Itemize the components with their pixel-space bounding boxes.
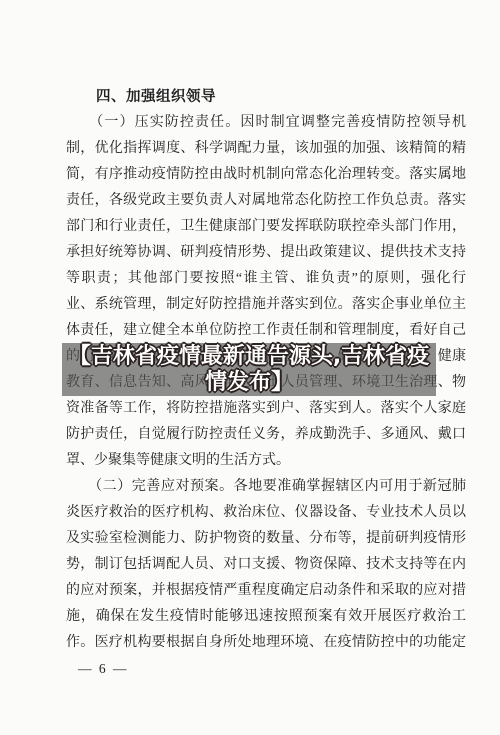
document-line: 的应对预案，并根据疫情严重程度确定启动条件和采取的应对措 (66, 578, 466, 604)
document-line: 防护责任，自觉履行防控责任义务，养成勤洗手、多通风、戴口 (66, 422, 466, 448)
document-line: 制，优化指挥调度、科学调配力量，该加强的加强、该精简的精 (66, 136, 466, 162)
document-line: （二）完善应对预案。各地要准确掌握辖区内可用于新冠肺 (66, 474, 466, 500)
document-page: 四、加强组织领导 （一）压实防控责任。因时制宜调整完善疫情防控领导机制，优化指挥… (0, 0, 500, 735)
document-line: 罩、少聚集等健康文明的生活方式。 (66, 448, 466, 474)
section-heading: 四、加强组织领导 (66, 84, 466, 110)
document-line: 施，确保在发生疫情时能够迅速按照预案有效开展医疗救治工 (66, 604, 466, 630)
document-line: 承担好统筹协调、研判疫情形势、提出政策建议、提供技术支持 (66, 240, 466, 266)
document-line: 势，制订包括调配人员、对口支援、物资保障、技术支持等在内 (66, 552, 466, 578)
caption-line-2: 情发布】 (205, 370, 293, 396)
document-line: 等职责；其他部门要按照“谁主管、谁负责”的原则，强化行 (66, 266, 466, 292)
document-line: 简，有序推动疫情防控由战时机制向常态化治理转变。落实属地 (66, 162, 466, 188)
caption-line-1: 【吉林省疫情最新通告源头,吉林省疫 (69, 344, 429, 370)
document-line: 作。医疗机构要根据自身所处地理环境、在疫情防控中的功能定 (66, 630, 466, 656)
document-line: 资准备等工作，将防控措施落实到户、落实到人。落实个人家庭 (66, 396, 466, 422)
document-line: 炎医疗救治的医疗机构、救治床位、仪器设备、专业技术人员以 (66, 500, 466, 526)
document-line: 责任，各级党政主要负责人对属地常态化防控工作负总责。落实 (66, 188, 466, 214)
document-line: 体责任，建立健全本单位防控工作责任制和管理制度，看好自己 (66, 318, 466, 344)
page-number: — 6 — (66, 656, 466, 682)
caption-overlay-banner: 【吉林省疫情最新通告源头,吉林省疫 情发布】 (62, 343, 436, 396)
document-line: 及实验室检测能力、防护物资的数量、分布等，提前研判疫情形 (66, 526, 466, 552)
document-line: （一）压实防控责任。因时制宜调整完善疫情防控领导机 (66, 110, 466, 136)
document-line: 业、系统管理，制定好防控措施并落实到位。落实企事业单位主 (66, 292, 466, 318)
document-line: 部门和行业责任，卫生健康部门要发挥联防联控牵头部门作用， (66, 214, 466, 240)
